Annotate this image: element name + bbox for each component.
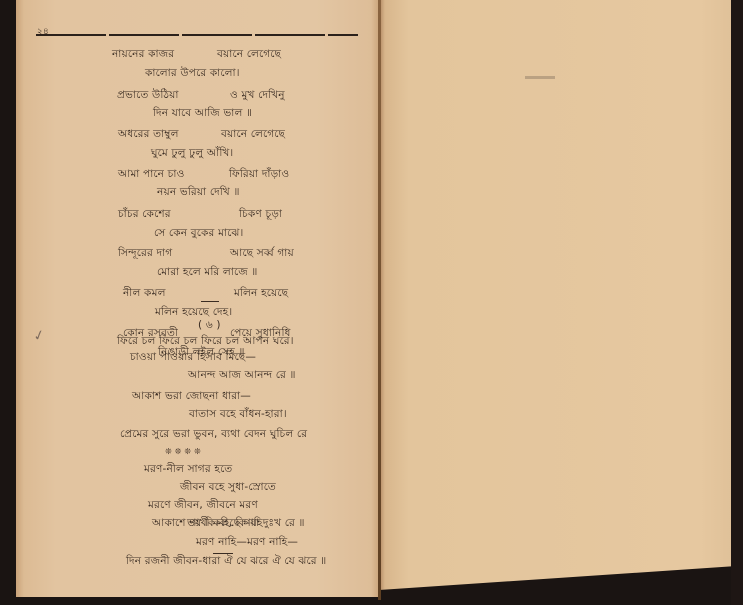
poem-line-right: ফিরিয়া দাঁড়াও bbox=[229, 167, 289, 184]
section-number: ( ৬ ) bbox=[198, 318, 221, 335]
poem-line-right: বয়ানে লেগেছে bbox=[221, 127, 285, 144]
poem-line-indented: সে কেন বুকের মাঝে। bbox=[154, 226, 243, 243]
asterism-separator: ❊ ❊ ❊ ❊ bbox=[165, 447, 201, 456]
poem-line-indented: মোরা হলে মরি লাজে ॥ bbox=[157, 265, 258, 282]
poem-line: আকাশে পাখী কহিছে গাহি bbox=[152, 516, 263, 533]
poem-line: আনন্দ আজ আনন্দ রে ॥ bbox=[188, 368, 296, 385]
poem-line: মরণ নাহি—মরণ নাহি— bbox=[196, 535, 298, 552]
poem-line: আকাশ ভরা জোছনা ধারা— bbox=[132, 389, 251, 406]
poem-line-left: সিন্দূরের দাগ bbox=[118, 246, 172, 263]
poem-line-right: মলিন হয়েছে bbox=[234, 286, 288, 303]
poem-one-divider bbox=[201, 301, 219, 302]
poem-line-indented: কালোর উপরে কালো। bbox=[145, 66, 240, 83]
poem-line: দিন রজনী জীবন-ধারা ঐ যে ঝরে ঐ যে ঝরে ॥ bbox=[126, 554, 326, 571]
poem-line-right: ও মুখ দেখিনু bbox=[230, 88, 285, 105]
poem-line-left: অধরের তাম্বুল bbox=[118, 127, 179, 144]
poem-two-divider bbox=[213, 553, 233, 554]
poem-line-indented: মলিন হয়েছে দেহ। bbox=[155, 305, 232, 322]
poem-line: মরণ-নীল সাগর হতে bbox=[144, 462, 232, 479]
right-page-blank bbox=[379, 0, 731, 590]
poem-line: প্রেমের সুরে ভরা ভুবন, ব্যথা বেদন ঘুচিল … bbox=[120, 427, 307, 444]
poem-line-left: নায়নের কাজর bbox=[112, 47, 174, 64]
poem-line-indented: ঘুমে ঢুলু ঢুলু আঁখি। bbox=[151, 146, 233, 163]
poem-line-left: চাঁচর কেশের bbox=[118, 207, 171, 224]
page-stain bbox=[525, 76, 555, 79]
poem-line-right: চিকণ চূড়া bbox=[239, 207, 282, 224]
page-number: ২৪ bbox=[37, 24, 49, 39]
poem-line: জীবন বহে সুধা-স্রোতে bbox=[180, 480, 276, 497]
book-gutter bbox=[378, 0, 381, 600]
poem-line-left: আমা পানে চাও bbox=[118, 167, 185, 184]
poem-line-indented: নয়ন ভরিয়া দেখি ॥ bbox=[157, 185, 240, 202]
background-edge bbox=[731, 0, 743, 605]
poem-line: মরণে জীবন, জীবনে মরণ bbox=[148, 498, 258, 515]
poem-line-left: নীল কমল bbox=[123, 286, 166, 303]
header-rule bbox=[36, 34, 358, 36]
poem-line-indented: দিন যাবে আজি ভাল ॥ bbox=[153, 106, 252, 123]
poem-line: চাওয়া পাওয়ার হিসাব মিছে— bbox=[130, 350, 256, 367]
poem-line: বাতাস বহে বাঁধন-হারা। bbox=[189, 407, 287, 424]
poem-line-left: প্রভাতে উঠিয়া bbox=[117, 88, 179, 105]
poem-line: ফিরে চল ফিরে চল ফিরে চল আপন ঘরে। bbox=[117, 334, 294, 351]
poem-line-right: বয়ানে লেগেছে bbox=[217, 47, 281, 64]
poem-line-right: আছে সর্ব্ব গায় bbox=[230, 246, 294, 263]
